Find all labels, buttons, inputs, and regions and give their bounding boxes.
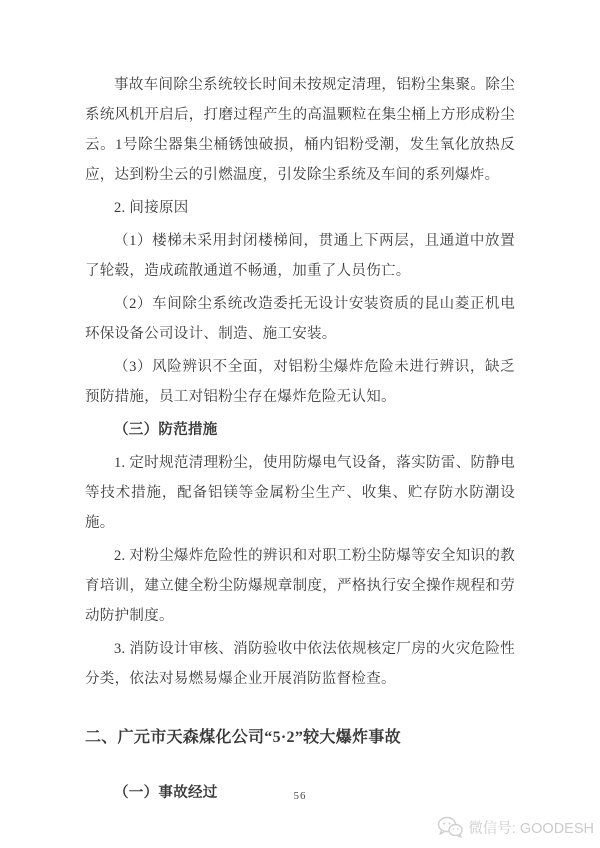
watermark: 微信号: GOODESH (437, 816, 594, 838)
heading-prevention-measures: （三）防范措施 (85, 415, 515, 445)
document-page: 事故车间除尘系统较长时间未按规定清理，铝粉尘集聚。除尘系统风机开启后，打磨过程产… (0, 0, 600, 848)
wechat-icon (437, 816, 463, 838)
paragraph-measure-3: 3. 消防设计审核、消防验收中依法依规核定厂房的火灾危险性分类，依法对易燃易爆企… (85, 634, 515, 694)
document-content: 事故车间除尘系统较长时间未按规定清理，铝粉尘集聚。除尘系统风机开启后，打磨过程产… (85, 70, 515, 811)
paragraph-indirect-cause-2: （2）车间除尘系统改造委托无设计安装资质的昆山菱正机电环保设备公司设计、制造、施… (85, 289, 515, 349)
paragraph-measure-2: 2. 对粉尘爆炸危险性的辨识和对职工粉尘防爆等安全知识的教育培训，建立健全粉尘防… (85, 541, 515, 631)
paragraph-indirect-cause-3: （3）风险辨识不全面，对铝粉尘爆炸危险未进行辨识，缺乏预防措施，员工对铝粉尘存在… (85, 352, 515, 412)
watermark-label: 微信号: GOODESH (468, 817, 594, 838)
heading-section-2: 二、广元市天森煤化公司“5·2”较大爆炸事故 (85, 726, 515, 750)
paragraph-measure-1: 1. 定时规范清理粉尘，使用防爆电气设备，落实防雷、防静电等技术措施，配备铝镁等… (85, 448, 515, 538)
page-number: 56 (0, 790, 600, 802)
paragraph-indirect-cause-1: （1）楼梯未采用封闭楼梯间，贯通上下两层，且通道中放置了轮毂，造成疏散通道不畅通… (85, 226, 515, 286)
paragraph-indirect-cause-title: 2. 间接原因 (85, 193, 515, 223)
paragraph-direct-cause: 事故车间除尘系统较长时间未按规定清理，铝粉尘集聚。除尘系统风机开启后，打磨过程产… (85, 70, 515, 190)
